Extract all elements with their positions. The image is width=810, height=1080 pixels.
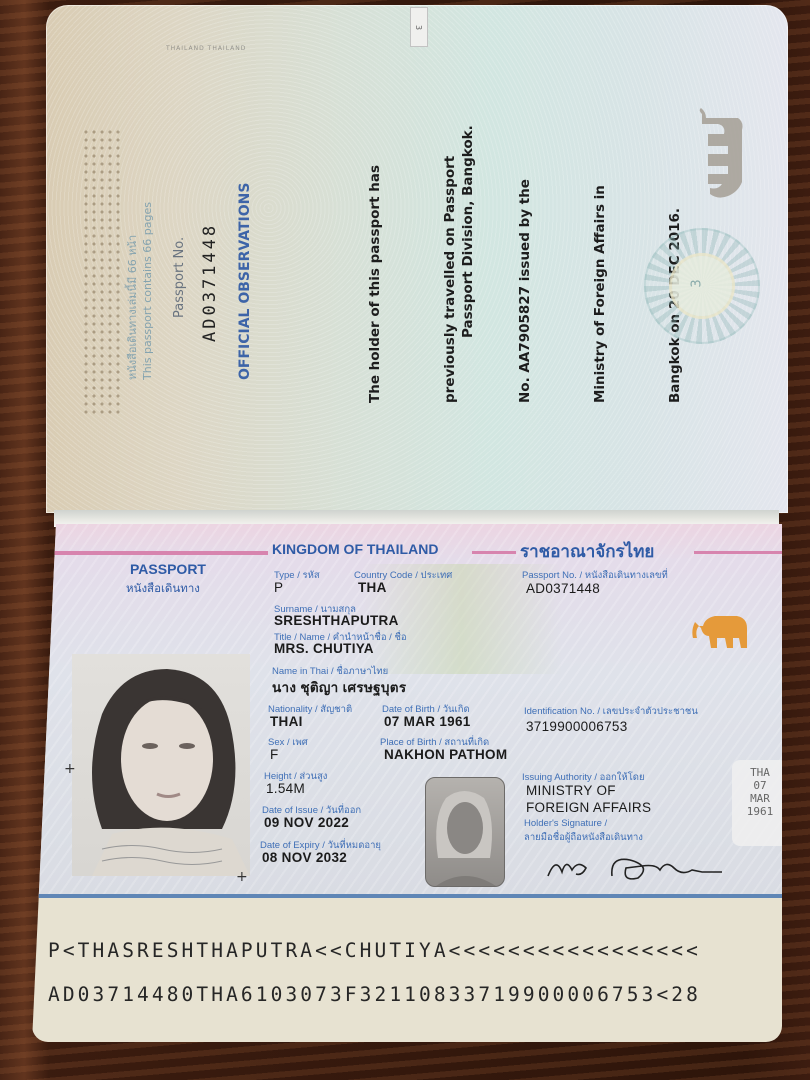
name-thai-value: นาง ชุติญา เศรษฐบุตร [272,676,406,698]
dob-security-window: THA 07 MAR 1961 [732,760,788,846]
type-value: P [274,580,283,595]
perforated-passport-number [82,128,122,418]
title-name-value: MRS. CHUTIYA [274,641,374,656]
height-value: 1.54M [266,781,305,796]
id-no-value: 3719900006753 [526,719,628,734]
observation-line: No. AA7905827 issued by the [513,156,538,403]
pink-rule [32,551,268,555]
pink-rule [694,551,782,554]
dob-window-line: 07 [732,779,788,792]
issuing-authority-line2: FOREIGN AFFAIRS [526,800,651,815]
mrz-line-1: P<THASRESHTHAPUTRA<<CHUTIYA<<<<<<<<<<<<<… [48,939,701,962]
passport-no-value: AD0371448 [200,223,220,342]
page-number-tab: 3 [410,7,428,47]
place-of-birth-value: NAKHON PATHOM [384,747,507,762]
elephant-hologram-icon [689,608,753,652]
dob-value: 07 MAR 1961 [384,714,471,729]
holder-photo [72,654,250,876]
laminate-area: KINGDOM OF THAILAND ราชอาณาจักรไทย PASSP… [32,524,782,896]
ghost-image [425,777,505,887]
issue-date-value: 09 NOV 2022 [264,815,349,830]
elephant-watermark-icon [688,108,744,200]
dob-window-line: 1961 [732,805,788,818]
holder-signature-label: Holder's Signature / [524,818,607,829]
kingdom-name-en: KINGDOM OF THAILAND [272,541,438,557]
surname-value: SRESHTHAPUTRA [274,613,399,628]
issuing-division: Passport Division, Bangkok. [460,125,476,338]
country-code-value: THA [358,580,387,595]
passport-no-label: Passport No. [172,237,187,318]
observation-line: Ministry of Foreign Affairs in [588,156,613,403]
passport-no-value: AD0371448 [526,581,600,596]
id-no-label: Identification No. / เลขประจำตัวประชาชน [524,704,698,719]
nationality-value: THAI [270,714,303,729]
mrz-line-2: AD03714480THA6103073F3211083371990000675… [48,983,701,1006]
document-title-en: PASSPORT [130,561,206,577]
security-microprint-strip: THAILAND THAILAND [46,45,788,57]
holder-signature [542,846,732,888]
page-count-notice: หนังสือเดินทางเล่มนี้มี 66 หน้า This pas… [125,202,155,380]
crosshair-mark: + [236,870,248,884]
data-page: KINGDOM OF THAILAND ราชอาณาจักรไทย PASSP… [32,524,782,1042]
rosette-page-number: 3 [690,279,705,287]
mrz-separator [32,894,782,898]
dob-window-line: MAR [732,792,788,805]
page-count-thai: หนังสือเดินทางเล่มนี้มี 66 หน้า [125,202,140,380]
kingdom-name-th: ราชอาณาจักรไทย [520,538,654,565]
holder-signature-label-th: ลายมือชื่อผู้ถือหนังสือเดินทาง [524,830,643,845]
pink-rule [472,551,516,554]
official-observations-title: OFFICIAL OBSERVATIONS [237,183,253,380]
expiry-date-value: 08 NOV 2032 [262,850,347,865]
crosshair-mark: + [64,762,76,776]
observation-line: The holder of this passport has [363,156,388,403]
issuing-authority-line1: MINISTRY OF [526,783,616,798]
page-count-en: This passport contains 66 pages [140,202,155,380]
sex-value: F [270,747,279,762]
dob-window-line: THA [732,766,788,779]
document-title-th: หนังสือเดินทาง [126,580,200,598]
